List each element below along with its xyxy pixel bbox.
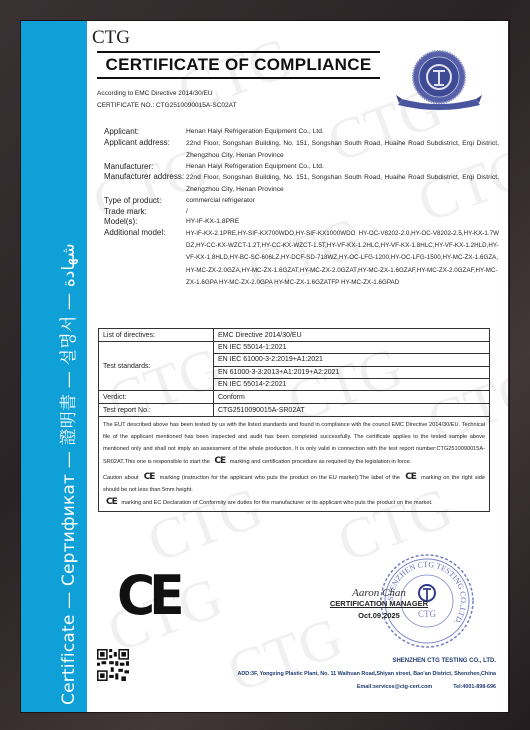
field-value: commercial refrigerator — [186, 196, 499, 207]
certificate-page: CTG CTG CTG CTG CTG CTG CTG CTG CTG CTG … — [87, 21, 508, 712]
caution-text: marking (instruction for the applicant w… — [160, 475, 400, 481]
table-row: The EUT described above has been tested … — [99, 417, 490, 512]
side-stripe-text: Certificate — Сертификат — 證明書 — 설명서 — ش… — [54, 243, 79, 705]
field-value: 22nd Floor, Songshan Building, No. 151, … — [186, 172, 499, 196]
standard-item: EN IEC 55014-2:2021 — [214, 379, 489, 390]
caution-text: marking and EC Declaration of Conformity… — [121, 500, 432, 506]
ce-mark-icon: CE — [144, 472, 155, 482]
title-block: CERTIFICATE OF COMPLIANCE — [97, 51, 380, 79]
signature: Aaron Chan — [319, 587, 439, 599]
directive-line: According to EMC Directive 2014/30/EU — [97, 90, 213, 97]
table-row: Test standards: EN IEC 55014-1:2021 EN I… — [99, 342, 490, 391]
field-product-type: Type of product: commercial refrigerator — [104, 196, 499, 207]
brand-logo-text: CTG — [92, 27, 130, 49]
table-cell-label: Test standards: — [99, 342, 214, 391]
standard-item: EN IEC 55014-1:2021 — [214, 342, 489, 354]
qr-code-icon[interactable] — [97, 649, 129, 681]
signature-block: Aaron Chan CERTIFICATION MANAGER Oct.09,… — [319, 587, 439, 620]
field-value: Henan Haiyi Refrigeration Equipment Co.,… — [186, 127, 499, 138]
field-label: Applicant: — [104, 127, 186, 138]
table-cell-label: Test report No.: — [99, 404, 214, 417]
field-models: Model(s): HY-IF-KX-1.8PRE — [104, 217, 499, 228]
field-applicant-address: Applicant address: 22nd Floor, Songshan … — [104, 138, 499, 162]
statement-cell: The EUT described above has been tested … — [99, 417, 490, 512]
page-title: CERTIFICATE OF COMPLIANCE — [97, 55, 380, 75]
ce-mark-icon: CE — [405, 472, 416, 482]
footer-tel: Tel:4001-898-696 — [453, 684, 496, 690]
certificate-number: CERTIFICATE NO.: CTG2510090015A-SC02AT — [97, 102, 236, 109]
certificate-fields: Applicant: Henan Haiyi Refrigeration Equ… — [104, 127, 499, 290]
footer-company: SHENZHEN CTG TESTING CO., LTD. — [392, 658, 496, 664]
issue-date: Oct.09,2025 — [319, 611, 439, 620]
standards-list: EN IEC 55014-1:2021 EN IEC 61000-3-2:201… — [214, 342, 490, 391]
table-row: List of directives: EMC Directive 2014/3… — [99, 329, 490, 342]
field-value: Henan Haiyi Refrigeration Equipment Co.,… — [186, 162, 499, 173]
ce-mark-icon: CE — [106, 497, 117, 507]
field-value: HY-IF-KX-2.1PRE,HY-SIF-KX700WDO,HY-SIF-K… — [186, 228, 499, 290]
field-applicant: Applicant: Henan Haiyi Refrigeration Equ… — [104, 127, 499, 138]
field-value: 22nd Floor, Songshan Building, No. 151, … — [186, 138, 499, 162]
standard-item: EN IEC 61000-3-2:2019+A1:2021 — [214, 354, 489, 366]
standard-item: EN 61000-3-3:2013+A1:2019+A2:2021 — [214, 367, 489, 379]
field-additional-models: Additional model: HY-IF-KX-2.1PRE,HY-SIF… — [104, 228, 499, 290]
field-label: Manufacturer address: — [104, 172, 186, 196]
table-row: Test report No.: CTG2510090015A-SR02AT — [99, 404, 490, 417]
signatory-title: CERTIFICATION MANAGER — [319, 599, 439, 608]
table-cell-value: EMC Directive 2014/30/EU — [214, 329, 490, 342]
table-row: Verdict: Conform — [99, 391, 490, 404]
certification-seal-icon — [394, 47, 484, 115]
table-cell-value: Conform — [214, 391, 490, 404]
table-cell-label: Verdict: — [99, 391, 214, 404]
field-trade-mark: Trade mark: / — [104, 207, 499, 218]
field-value: / — [186, 207, 499, 218]
ce-mark-icon: CE — [214, 456, 225, 466]
table-cell-label: List of directives: — [99, 329, 214, 342]
ce-mark-icon: CE — [117, 565, 179, 628]
field-manufacturer: Manufacturer: Henan Haiyi Refrigeration … — [104, 162, 499, 173]
statement-text: marking and certification procedure as r… — [230, 459, 412, 465]
field-label: Model(s): — [104, 217, 186, 228]
field-value: HY-IF-KX-1.8PRE — [186, 217, 499, 228]
footer-contact: Email:services@ctg-cert.com Tel:4001-898… — [357, 684, 496, 690]
footer-address: ADD:3F, Yongxing Plastic Plant, No. 11 W… — [238, 671, 496, 677]
field-label: Type of product: — [104, 196, 186, 207]
field-label: Manufacturer: — [104, 162, 186, 173]
caution-text: Caution about — [103, 475, 138, 481]
field-label: Additional model: — [104, 228, 186, 290]
field-manufacturer-address: Manufacturer address: 22nd Floor, Songsh… — [104, 172, 499, 196]
footer-email[interactable]: Email:services@ctg-cert.com — [357, 684, 432, 690]
field-label: Applicant address: — [104, 138, 186, 162]
table-cell-value: CTG2510090015A-SR02AT — [214, 404, 490, 417]
compliance-table: List of directives: EMC Directive 2014/3… — [98, 328, 490, 512]
field-label: Trade mark: — [104, 207, 186, 218]
